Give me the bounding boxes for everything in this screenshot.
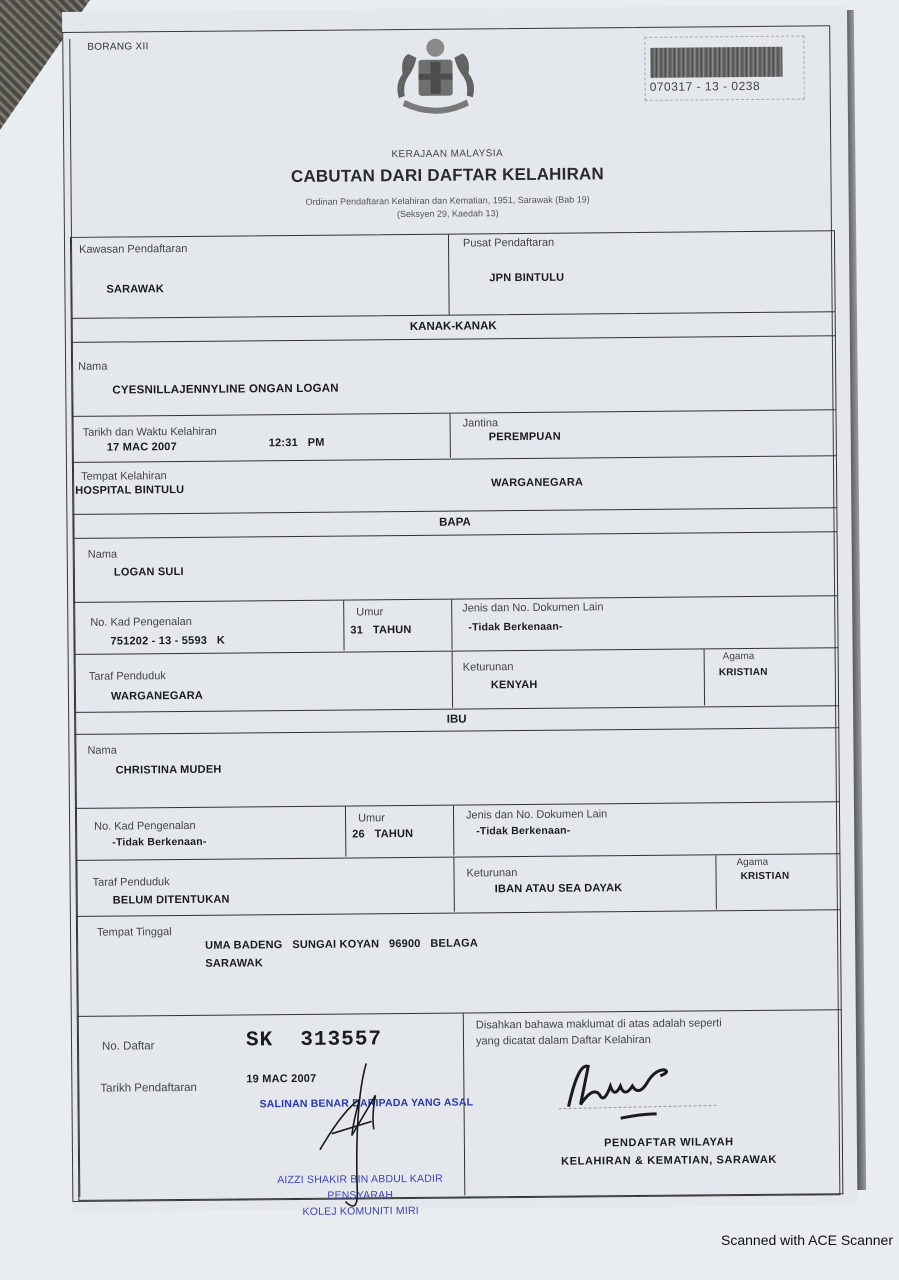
child-name-label: Nama <box>78 361 107 373</box>
father-age-value: 31 TAHUN <box>350 624 411 637</box>
mother-religion-label: Agama <box>736 857 768 868</box>
father-name-row: Nama LOGAN SULI <box>73 532 839 603</box>
mother-residency-value: BELUM DITENTUKAN <box>113 894 230 907</box>
birthplace-label: Tempat Kelahiran <box>81 470 167 483</box>
mother-id-row: No. Kad Pengenalan -Tidak Berkenaan- Umu… <box>75 802 840 861</box>
citizenship-value: WARGANEGARA <box>491 476 583 489</box>
birthplace-value: HOSPITAL BINTULU <box>75 484 184 497</box>
child-name-value: CYESNILLAJENNYLINE ONGAN LOGAN <box>112 383 339 397</box>
mother-residency-cell: Taraf Penduduk BELUM DITENTUKAN <box>76 858 454 915</box>
child-birth-row: Tarikh dan Waktu Kelahiran 17 MAC 2007 1… <box>72 410 837 463</box>
barcode <box>650 47 782 78</box>
father-ethnicity-value: KENYAH <box>491 679 538 691</box>
father-other-doc-label: Jenis dan No. Dokumen Lain <box>462 601 603 614</box>
certification-statement: Disahkan bahawa maklumat di atas adalah … <box>476 1015 722 1049</box>
father-name-label: Nama <box>88 549 117 561</box>
father-name-value: LOGAN SULI <box>114 566 184 579</box>
registrar-title: PENDAFTAR WILAYAH KELAHIRAN & KEMATIAN, … <box>539 1133 799 1171</box>
mother-name-value: CHRISTINA MUDEH <box>116 764 222 777</box>
mother-address-row: Tempat Tinggal UMA BADENG SUNGAI KOYAN 9… <box>76 910 842 1017</box>
malaysia-coat-of-arms-icon <box>390 33 481 122</box>
certification-line-1: Disahkan bahawa maklumat di atas adalah … <box>476 1015 722 1033</box>
registration-number-value: SK 313557 <box>246 1028 382 1052</box>
registration-row: Kawasan Pendaftaran SARAWAK Pusat Pendaf… <box>70 230 836 319</box>
registration-area-cell: Kawasan Pendaftaran SARAWAK <box>71 235 450 318</box>
registration-area-value: SARAWAK <box>106 283 164 296</box>
child-birthplace-row: Tempat Kelahiran HOSPITAL BINTULU WARGAN… <box>72 456 837 515</box>
registration-center-value: JPN BINTULU <box>489 272 564 285</box>
mother-age-label: Umur <box>358 812 385 824</box>
mother-address-line-2: SARAWAK <box>205 957 263 970</box>
registration-number-label: No. Daftar <box>102 1040 155 1052</box>
father-ic-label: No. Kad Pengenalan <box>90 616 192 629</box>
registrar-line-2: KELAHIRAN & KEMATIAN, SARAWAK <box>539 1151 799 1171</box>
mother-ethnicity-value: IBAN ATAU SEA DAYAK <box>495 882 623 895</box>
father-residency-cell: Taraf Penduduk WARGANEGARA <box>75 652 453 711</box>
mother-age-cell: Umur 26 TAHUN <box>346 806 454 857</box>
registration-center-label: Pusat Pendaftaran <box>463 237 554 250</box>
birth-datetime-cell: Tarikh dan Waktu Kelahiran 17 MAC 2007 1… <box>73 414 451 461</box>
father-religion-label: Agama <box>723 651 755 662</box>
gender-label: Jantina <box>463 417 499 429</box>
serial-box: 070317 - 13 - 0238 <box>644 36 805 101</box>
mother-address-label: Tempat Tinggal <box>97 926 172 939</box>
father-ic-value: 751202 - 13 - 5593 K <box>110 635 225 648</box>
father-ethnicity-cell: Keturunan KENYAH <box>453 649 705 707</box>
registration-area-label: Kawasan Pendaftaran <box>79 243 187 256</box>
father-status-row: Taraf Penduduk WARGANEGARA Keturunan KEN… <box>74 648 839 713</box>
scanner-watermark: Scanned with ACE Scanner <box>721 1232 893 1248</box>
father-id-row: No. Kad Pengenalan 751202 - 13 - 5593 K … <box>73 596 838 655</box>
mother-status-row: Taraf Penduduk BELUM DITENTUKAN Keturuna… <box>75 854 840 917</box>
mother-ic-value: -Tidak Berkenaan- <box>112 836 206 849</box>
father-residency-label: Taraf Penduduk <box>89 670 166 683</box>
father-religion-value: KRISTIAN <box>719 667 768 678</box>
mother-other-doc-value: -Tidak Berkenaan- <box>476 825 570 838</box>
birth-certificate: BORANG XII 070317 - 13 - 0238 KERAJAAN M… <box>62 5 857 1212</box>
registration-date-value: 19 MAC 2007 <box>246 1073 316 1086</box>
mother-religion-value: KRISTIAN <box>741 871 790 882</box>
birth-date-value: 17 MAC 2007 <box>107 441 177 454</box>
father-residency-value: WARGANEGARA <box>111 690 203 703</box>
mother-name-label: Nama <box>87 745 116 757</box>
gender-value: PEREMPUAN <box>489 431 561 444</box>
child-name-row: Nama CYESNILLAJENNYLINE ONGAN LOGAN <box>71 336 837 417</box>
father-age-cell: Umur 31 TAHUN <box>344 600 452 651</box>
form-code: BORANG XII <box>87 41 148 53</box>
serial-number: 070317 - 13 - 0238 <box>650 79 761 94</box>
certifier-signature-icon <box>311 1059 402 1220</box>
father-ic-cell: No. Kad Pengenalan 751202 - 13 - 5593 K <box>74 601 344 653</box>
mother-address-line-1: UMA BADENG SUNGAI KOYAN 96900 BELAGA <box>205 937 478 951</box>
father-ethnicity-label: Keturunan <box>463 661 514 673</box>
registrar-line-1: PENDAFTAR WILAYAH <box>539 1133 799 1153</box>
birth-datetime-label: Tarikh dan Waktu Kelahiran <box>83 426 217 439</box>
mother-ethnicity-cell: Keturunan IBAN ATAU SEA DAYAK <box>454 855 716 911</box>
mother-name-row: Nama CHRISTINA MUDEH <box>74 728 840 809</box>
father-other-doc-value: -Tidak Berkenaan- <box>468 621 562 634</box>
mother-ethnicity-label: Keturunan <box>466 867 517 879</box>
mother-other-doc-label: Jenis dan No. Dokumen Lain <box>466 808 607 821</box>
registration-date-label: Tarikh Pendaftaran <box>100 1082 197 1095</box>
mother-age-value: 26 TAHUN <box>352 828 413 841</box>
mother-ic-label: No. Kad Pengenalan <box>94 820 196 833</box>
mother-residency-label: Taraf Penduduk <box>93 876 170 889</box>
certification-line-2: yang dicatat dalam Daftar Kelahiran <box>476 1031 722 1049</box>
registrar-signature-icon <box>558 1055 719 1126</box>
mother-ic-cell: No. Kad Pengenalan -Tidak Berkenaan- <box>76 807 346 859</box>
birth-time-value: 12:31 PM <box>269 437 325 449</box>
father-age-label: Umur <box>356 606 383 618</box>
